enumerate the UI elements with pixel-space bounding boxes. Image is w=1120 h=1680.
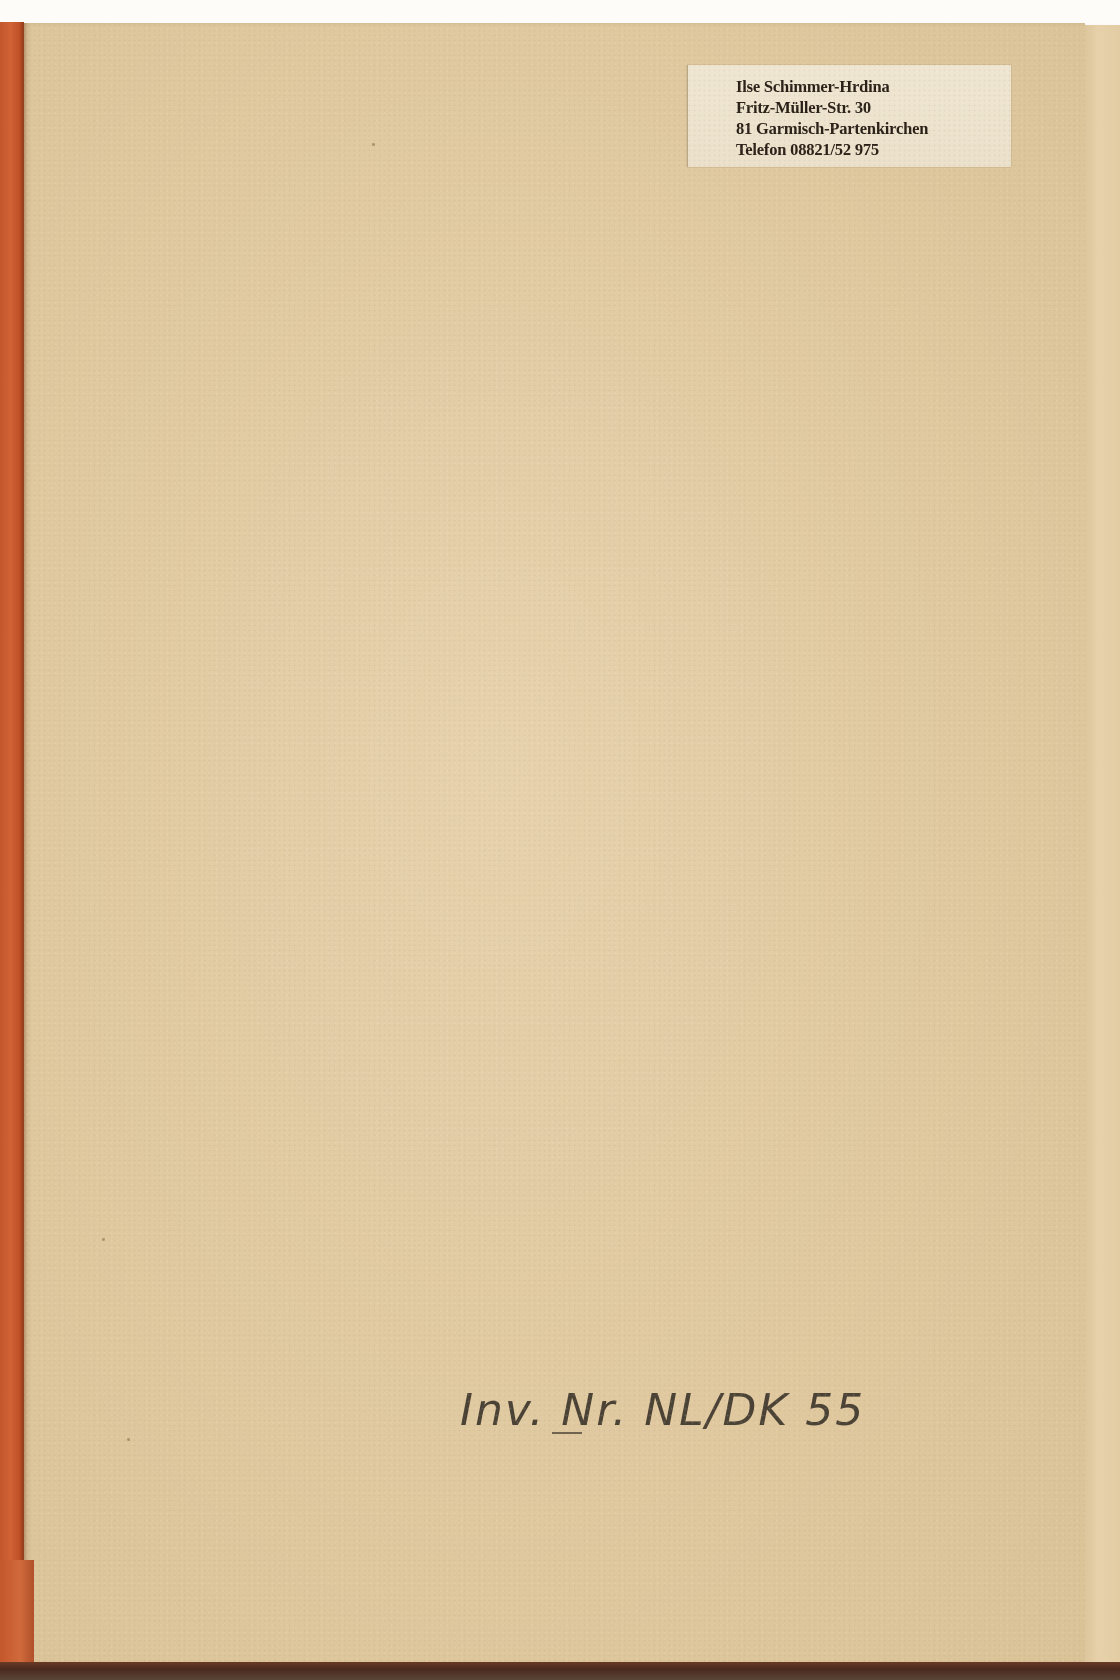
handwritten-inventory-number: Inv. Nr. NL/DK 55 [460, 1373, 890, 1463]
pencil-handwriting: Inv. Nr. NL/DK 55 [460, 1373, 890, 1463]
paper-speck [127, 1438, 130, 1441]
address-street: Fritz-Müller-Str. 30 [736, 97, 928, 118]
address-city: 81 Garmisch-Partenkirchen [736, 118, 928, 139]
paper-speck [102, 1238, 105, 1241]
address-label: Ilse Schimmer-Hrdina Fritz-Müller-Str. 3… [687, 65, 1011, 167]
address-lines: Ilse Schimmer-Hrdina Fritz-Müller-Str. 3… [736, 76, 928, 160]
book-spine-cover-bottom [0, 1560, 34, 1670]
inventory-number-text: Inv. Nr. NL/DK 55 [460, 1385, 865, 1436]
book-spine-cover [0, 22, 24, 1672]
paper-speck [372, 143, 375, 146]
address-name: Ilse Schimmer-Hrdina [736, 76, 928, 97]
scan-background-top [0, 0, 1120, 24]
book-board-bottom-edge [0, 1662, 1120, 1680]
address-phone: Telefon 08821/52 975 [736, 139, 928, 160]
endpaper-page: Ilse Schimmer-Hrdina Fritz-Müller-Str. 3… [22, 23, 1085, 1665]
adjacent-page-edge [1082, 25, 1120, 1665]
